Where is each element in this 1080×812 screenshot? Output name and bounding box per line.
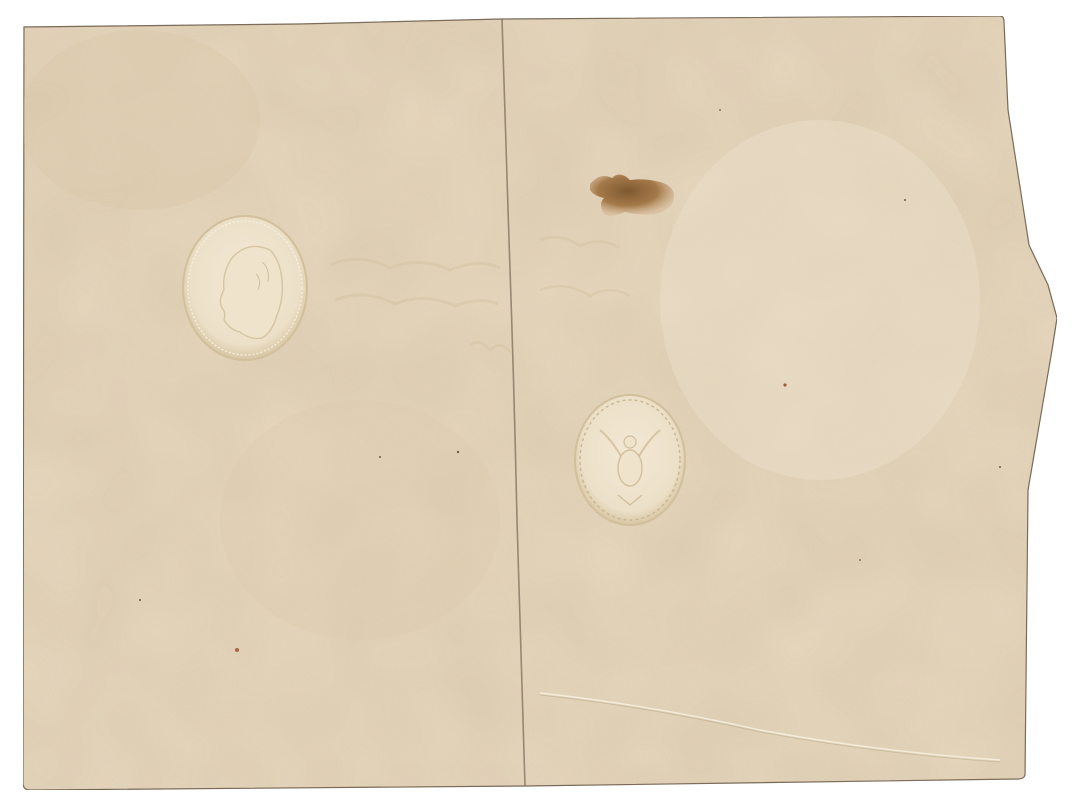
paper-document <box>0 0 1080 812</box>
portrait-seal-emboss <box>183 216 307 360</box>
paper-body <box>0 0 1080 812</box>
eagle-seal-emboss <box>575 395 685 525</box>
photo-scene: Reverse side of an antique paper note wi… <box>0 0 1080 812</box>
